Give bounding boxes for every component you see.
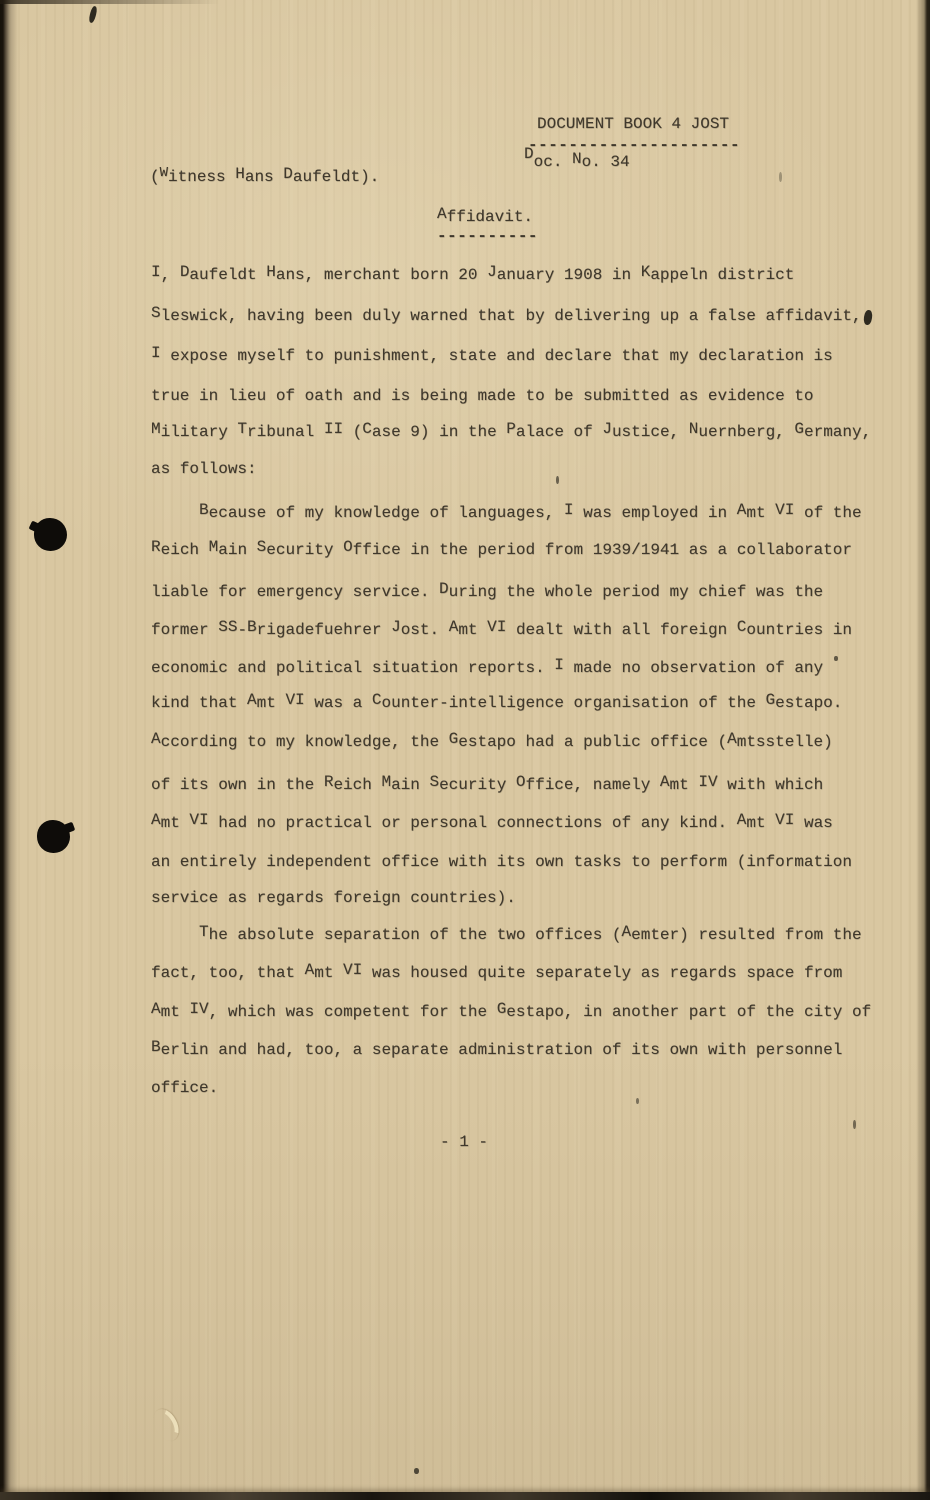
body-line: liable for emergency service. During the… (151, 582, 823, 602)
punch-hole-top (34, 518, 67, 551)
body-line: true in lieu of oath and is being made t… (151, 386, 814, 406)
body-line: Military Tribunal II (Case 9) in the Pal… (151, 422, 871, 442)
doc-number: Doc. No. 34 (524, 152, 630, 172)
affidavit-title: Affidavit. (437, 207, 533, 227)
scanned-affidavit-page: DOCUMENT BOOK 4 JOST -------------------… (0, 0, 930, 1500)
body-line: The absolute separation of the two offic… (151, 925, 862, 945)
scan-edge-top (0, 0, 220, 4)
ink-mark (88, 6, 98, 24)
body-line: Berlin and had, too, a separate administ… (151, 1040, 842, 1060)
document-book-title: DOCUMENT BOOK 4 JOST (537, 114, 729, 134)
body-line: economic and political situation reports… (151, 658, 823, 678)
body-line: Sleswick, having been duly warned that b… (151, 306, 862, 326)
body-line: Because of my knowledge of languages, I … (151, 503, 862, 523)
ink-mark (853, 1120, 856, 1129)
ink-mark (636, 1098, 639, 1104)
body-line: an entirely independent office with its … (151, 852, 852, 872)
body-line: as follows: (151, 459, 257, 479)
body-line: Reich Main Security Office in the period… (151, 540, 852, 560)
ink-mark (863, 310, 873, 326)
body-line: I expose myself to punishment, state and… (151, 346, 833, 366)
ink-mark (779, 172, 782, 182)
body-line: Amt VI had no practical or personal conn… (151, 813, 833, 833)
body-line: former SS-Brigadefuehrer Jost. Amt VI de… (151, 620, 852, 640)
scan-edge-right (916, 0, 930, 1500)
scan-edge-left (0, 0, 18, 1500)
body-line: of its own in the Reich Main Security Of… (151, 775, 823, 795)
page-number: - 1 - (440, 1132, 488, 1152)
body-line: service as regards foreign countries). (151, 888, 516, 908)
body-line: fact, too, that Amt VI was housed quite … (151, 963, 842, 983)
body-line: I, Daufeldt Hans, merchant born 20 Janua… (151, 265, 794, 285)
witness-line: (Witness Hans Daufeldt). (150, 167, 379, 187)
scan-edge-bottom (0, 1492, 930, 1500)
body-line: Amt IV, which was competent for the Gest… (151, 1002, 871, 1022)
affidavit-title-underline: ---------- (437, 226, 538, 246)
punch-hole-bottom (37, 820, 70, 853)
ink-mark (556, 476, 559, 484)
paper-damage-mark (148, 1405, 183, 1445)
ink-mark (834, 656, 838, 661)
ink-mark (414, 1468, 419, 1474)
body-line: According to my knowledge, the Gestapo h… (151, 732, 833, 752)
body-line: office. (151, 1078, 218, 1098)
body-line: kind that Amt VI was a Counter-intellige… (151, 693, 842, 713)
